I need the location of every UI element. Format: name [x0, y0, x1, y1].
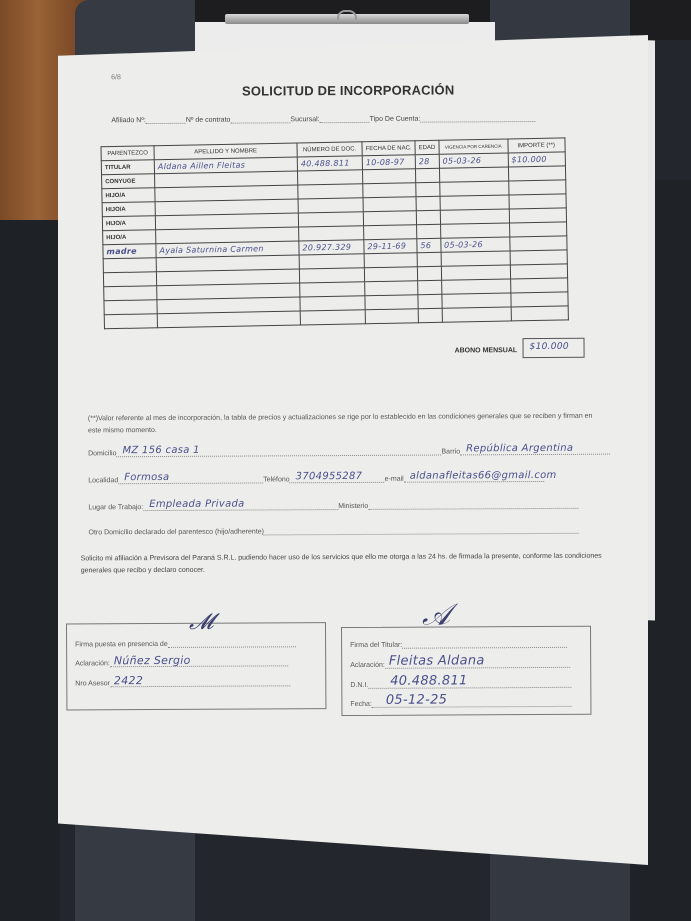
ministerio-label: Ministerio — [338, 503, 368, 510]
holder-dni-label: D.N.I. — [350, 682, 368, 689]
advisor-firma-field[interactable] — [168, 636, 296, 648]
cell-vigencia[interactable] — [441, 279, 510, 294]
cell-edad[interactable] — [415, 168, 439, 182]
cell-fecha-nac[interactable] — [365, 309, 418, 324]
lugar-trabajo-label: Lugar de Trabajo: — [88, 504, 143, 511]
telefono-label: Teléfono — [263, 476, 290, 483]
cell-importe[interactable] — [511, 306, 568, 321]
domicilio-field[interactable]: MZ 156 casa 1 — [116, 445, 441, 458]
barrio-field[interactable]: República Argentina — [460, 444, 610, 456]
col-parentezco: PARENTEZCO — [101, 146, 154, 161]
cell-doc[interactable] — [298, 212, 363, 227]
col-edad: EDAD — [415, 140, 439, 154]
advisor-aclaracion-label: Aclaración: — [75, 660, 110, 667]
otro-domicilio-label: Otro Domicilio declarado del parentesco … — [88, 528, 264, 536]
localidad-label: Localidad — [88, 477, 118, 484]
localidad-field[interactable]: Formosa — [118, 472, 263, 484]
cell-nombre[interactable] — [157, 311, 300, 328]
advisor-firma-row: Firma puesta en presencia de — [75, 636, 296, 648]
cell-vigencia[interactable] — [441, 251, 510, 266]
cell-fecha-nac[interactable]: 29-11-69 — [364, 239, 417, 254]
edad-value: 28 — [419, 157, 430, 166]
cell-doc[interactable] — [298, 198, 363, 213]
cell-fecha-nac[interactable] — [363, 211, 416, 226]
doc-value: 20.927.329 — [302, 243, 351, 253]
holder-fecha-value: 05-12-25 — [386, 692, 447, 707]
cell-vigencia[interactable]: 05-03-26 — [441, 237, 510, 252]
parentezco-value: CONYUGE — [105, 178, 135, 185]
parentezco-value: madre — [106, 247, 137, 257]
holder-fecha-field[interactable]: 05-12-25 — [372, 696, 572, 708]
abono-mensual-value: $10.000 — [530, 342, 569, 352]
cell-doc[interactable] — [298, 184, 363, 199]
cell-fecha-nac[interactable] — [364, 253, 417, 268]
email-value: aldanafleitas66@gmail.com — [410, 470, 557, 482]
advisor-firma-label: Firma puesta en presencia de — [75, 641, 168, 648]
otro-domicilio-field[interactable] — [264, 523, 579, 536]
cell-parentezco — [104, 300, 157, 315]
cell-doc[interactable]: 40.488.811 — [297, 156, 362, 171]
sucursal-field[interactable] — [320, 114, 370, 123]
domicilio-row: DomicilioMZ 156 casa 1BarrioRepública Ar… — [88, 444, 610, 458]
parentezco-value: HIJO/A — [105, 192, 125, 198]
cell-edad[interactable] — [416, 210, 440, 224]
col-doc: NÚMERO DE DOC. — [297, 142, 362, 157]
edad-value: 56 — [420, 241, 431, 250]
cell-fecha-nac[interactable] — [364, 225, 417, 240]
cell-edad[interactable] — [417, 224, 441, 238]
cell-doc[interactable] — [300, 282, 365, 297]
localidad-value: Formosa — [124, 472, 169, 483]
fecha-nac-value: 10-08-97 — [366, 157, 405, 167]
cell-importe[interactable] — [509, 236, 566, 251]
telefono-field[interactable]: 3704955287 — [290, 472, 385, 483]
cell-vigencia[interactable]: 05-03-26 — [439, 153, 508, 168]
lugar-trabajo-value: Empleada Privada — [149, 499, 244, 510]
advisor-aclaracion-row: Aclaración:Núñez Sergio — [75, 655, 288, 667]
cell-edad[interactable] — [417, 266, 441, 280]
cell-parentezco — [103, 272, 156, 287]
otro-domicilio-row: Otro Domicilio declarado del parentesco … — [88, 523, 579, 537]
cell-vigencia[interactable] — [440, 223, 509, 238]
cell-doc[interactable] — [300, 296, 365, 311]
cell-fecha-nac[interactable]: 10-08-97 — [362, 155, 415, 170]
barrio-value: República Argentina — [466, 443, 573, 455]
holder-firma-label: Firma del Titular: — [350, 642, 402, 649]
holder-fecha-label: Fecha: — [350, 701, 371, 708]
price-note: (**)Valor referente al mes de incorporac… — [88, 411, 598, 438]
lugar-trabajo-field[interactable]: Empleada Privada — [143, 499, 338, 511]
form-meta-row: Afiliado Nº:Nº de contratoSucursal:Tipo … — [111, 113, 535, 124]
form-title: SOLICITUD DE INCORPORACIÓN — [58, 81, 638, 99]
cell-importe[interactable] — [510, 278, 567, 293]
cell-importe[interactable] — [508, 180, 565, 195]
cell-importe[interactable]: $10.000 — [508, 152, 565, 167]
cell-fecha-nac[interactable] — [362, 169, 415, 184]
cell-importe[interactable] — [509, 194, 566, 209]
parentezco-value: TITULAR — [105, 164, 131, 170]
contrato-label: Nº de contrato — [186, 117, 231, 124]
cell-parentezco: TITULAR — [101, 160, 154, 175]
cell-edad[interactable] — [417, 252, 441, 266]
cell-vigencia[interactable] — [439, 181, 508, 196]
cell-vigencia[interactable] — [440, 195, 509, 210]
email-field[interactable]: aldanafleitas66@gmail.com — [404, 471, 544, 483]
holder-aclaracion-field[interactable]: Fleitas Aldana — [385, 657, 570, 669]
cell-vigencia[interactable] — [442, 307, 511, 322]
bag-background — [0, 220, 60, 921]
cell-vigencia[interactable] — [439, 167, 508, 182]
cell-edad[interactable] — [416, 182, 440, 196]
advisor-asesor-row: Nro Asesor2422 — [75, 675, 290, 687]
cell-edad[interactable] — [418, 280, 442, 294]
cell-parentezco — [104, 314, 157, 329]
cell-importe[interactable] — [509, 208, 566, 223]
cell-doc[interactable]: 20.927.329 — [299, 240, 364, 255]
nombre-value: Ayala Saturnina Carmen — [159, 244, 263, 255]
holder-firma-row: Firma del Titular: — [350, 637, 567, 649]
cell-fecha-nac[interactable] — [363, 183, 416, 198]
clipboard-clip-knob — [337, 10, 357, 20]
localidad-row: LocalidadFormosaTeléfono3704955287e-mail… — [88, 471, 544, 484]
fecha-nac-value: 29-11-69 — [367, 241, 406, 251]
cell-doc[interactable] — [297, 170, 362, 185]
email-label: e-mail — [385, 476, 404, 483]
col-importe: IMPORTE (**) — [508, 138, 565, 153]
holder-aclaracion-row: Aclaración:Fleitas Aldana — [350, 657, 570, 669]
advisor-signature: 𝓜 — [189, 610, 214, 635]
advisor-asesor-label: Nro Asesor — [75, 680, 110, 687]
advisor-signature-box: 𝓜 Firma puesta en presencia de Aclaració… — [66, 622, 326, 710]
cell-parentezco: HIJO/A — [103, 230, 156, 245]
barrio-label: Barrio — [441, 448, 460, 455]
cell-edad[interactable]: 56 — [417, 238, 441, 252]
cell-edad[interactable] — [418, 308, 442, 322]
holder-aclaracion-value: Fleitas Aldana — [389, 653, 485, 669]
nombre-value: Aldana Aillen Fleitas — [158, 161, 246, 172]
cell-importe[interactable] — [509, 222, 566, 237]
cell-parentezco: HIJO/A — [102, 188, 155, 203]
page-number: 6/8 — [111, 74, 121, 81]
cell-fecha-nac[interactable] — [363, 197, 416, 212]
cell-fecha-nac[interactable] — [365, 295, 418, 310]
holder-signature-box: 𝒜 Firma del Titular: Aclaración:Fleitas … — [341, 626, 591, 716]
advisor-aclaracion-field[interactable]: Núñez Sergio — [110, 655, 288, 667]
col-fecha-nac: FECHA DE NAC. — [362, 141, 415, 156]
abono-mensual-label: ABONO MENSUAL — [455, 347, 518, 354]
affiliation-declaration: Solicito mi afiliación a Previsora del P… — [81, 551, 606, 578]
cell-importe[interactable] — [511, 292, 568, 307]
holder-signature: 𝒜 — [422, 597, 451, 632]
afiliado-label: Afiliado Nº: — [111, 117, 146, 124]
domicilio-label: Domicilio — [88, 450, 116, 457]
advisor-asesor-field[interactable]: 2422 — [110, 675, 290, 687]
vigencia-value: 05-03-26 — [444, 240, 483, 250]
holder-dni-value: 40.488.811 — [390, 673, 468, 688]
cell-vigencia[interactable] — [440, 209, 509, 224]
cell-parentezco — [104, 286, 157, 301]
family-members-table: PARENTEZCO APELLIDO Y NOMBRE NÚMERO DE D… — [100, 137, 568, 329]
cell-edad[interactable] — [418, 294, 442, 308]
cell-fecha-nac[interactable] — [365, 281, 418, 296]
cell-doc[interactable] — [299, 254, 364, 269]
col-vigencia: VIGENCIA POR CARENCIA — [439, 139, 508, 154]
telefono-value: 3704955287 — [296, 471, 363, 482]
cell-edad[interactable] — [416, 196, 440, 210]
tipo-cuenta-field[interactable] — [420, 113, 535, 123]
advisor-asesor-value: 2422 — [114, 674, 143, 687]
parentezco-value: HIJO/A — [106, 206, 126, 212]
trabajo-row: Lugar de Trabajo:Empleada PrivadaMiniste… — [88, 498, 578, 512]
domicilio-value: MZ 156 casa 1 — [122, 445, 199, 456]
ministerio-field[interactable] — [368, 498, 578, 510]
cell-doc[interactable] — [299, 226, 364, 241]
cell-vigencia[interactable] — [441, 265, 510, 280]
abono-mensual-field[interactable]: $10.000 — [522, 338, 584, 358]
cell-parentezco: HIJO/A — [102, 216, 155, 231]
holder-aclaracion-label: Aclaración: — [350, 662, 385, 669]
holder-fecha-row: Fecha:05-12-25 — [350, 696, 571, 708]
cell-parentezco — [103, 258, 156, 273]
application-form: 6/8 SOLICITUD DE INCORPORACIÓN Afiliado … — [58, 38, 642, 831]
doc-value: 40.488.811 — [301, 159, 350, 169]
tipo-cuenta-label: Tipo De Cuenta: — [370, 116, 421, 123]
cell-doc[interactable] — [299, 268, 364, 283]
cell-importe[interactable] — [510, 264, 567, 279]
importe-value: $10.000 — [511, 155, 546, 165]
cell-doc[interactable] — [300, 310, 365, 325]
parentezco-value: HIJO/A — [106, 220, 126, 226]
parentezco-value: HIJO/A — [106, 234, 126, 240]
cell-fecha-nac[interactable] — [364, 267, 417, 282]
afiliado-field[interactable] — [146, 115, 186, 124]
holder-firma-field[interactable] — [402, 637, 567, 649]
cell-importe[interactable] — [508, 166, 565, 181]
cell-parentezco: CONYUGE — [102, 174, 155, 189]
holder-dni-row: D.N.I.40.488.811 — [350, 677, 571, 689]
cell-importe[interactable] — [510, 250, 567, 265]
vigencia-value: 05-03-26 — [442, 156, 481, 166]
cell-edad[interactable]: 28 — [415, 154, 439, 168]
cell-parentezco: HIJO/A — [102, 202, 155, 217]
holder-dni-field[interactable]: 40.488.811 — [368, 677, 571, 689]
sucursal-label: Sucursal: — [290, 116, 319, 123]
advisor-aclaracion-value: Núñez Sergio — [114, 654, 191, 667]
contrato-field[interactable] — [230, 114, 290, 123]
cell-parentezco: madre — [103, 244, 156, 259]
cell-vigencia[interactable] — [442, 293, 511, 308]
